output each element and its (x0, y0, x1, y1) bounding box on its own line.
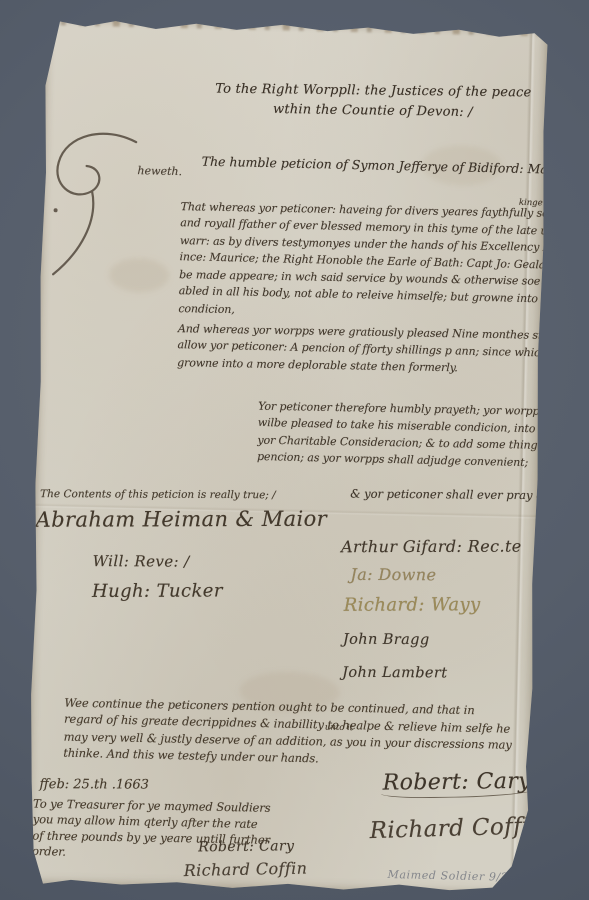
signature-richard-coffin-small: Richard Coffin (184, 858, 308, 880)
justices-order: Wee continue the peticoners pention ough… (63, 695, 513, 773)
archive-pencil-note: Maimed Soldier 9/2 (387, 868, 508, 884)
sheweth-word: heweth. (137, 164, 182, 178)
signature-john-lambert: John Lambert (342, 665, 447, 682)
closing-formula: & yor peticoner shall ever pray &c: / (350, 487, 564, 503)
petition-paragraph-2: And whereas yor worpps were gratiously p… (177, 321, 589, 383)
interlined-word-unto-it: unto it (325, 723, 354, 734)
signature-abraham-heiman: Abraham Heiman & Maior (36, 507, 328, 532)
address-line-2: wthin the Countie of Devon: / (193, 101, 553, 122)
interlined-word-kinge: kinge (519, 198, 543, 209)
signature-hugh-tucker: Hugh: Tucker (92, 580, 223, 601)
signature-robert-cary-small: Robert: Cary (198, 838, 294, 855)
calligraphic-s-flourish (43, 124, 145, 288)
date-line: ffeb: 25.th .1663 (40, 777, 149, 793)
prayer-paragraph: Yor peticoner therefore humbly prayeth; … (257, 399, 572, 474)
signature-ja-downe: Ja: Downe (350, 565, 436, 584)
signature-richard-coffin-large: Richard Coffin (369, 813, 545, 844)
attestation-heading: The Contents of this peticion is really … (40, 488, 276, 501)
paper-stain (109, 258, 170, 293)
signature-will-reve: Will: Reve: / (93, 552, 190, 571)
address-line-1: To the Right Worppll: the Justices of th… (193, 81, 553, 100)
petition-paper: To the Right Worppll: the Justices of th… (25, 16, 550, 897)
signature-richard-wayy: Richard: Wayy (344, 594, 481, 615)
signature-robert-cary-large: Robert: Cary: (381, 769, 544, 799)
manuscript-photo: To the Right Worppll: the Justices of th… (0, 0, 589, 900)
signature-john-bragg: John Bragg (343, 632, 430, 648)
signature-arthur-gifard: Arthur Gifard: Rec.te (341, 537, 522, 557)
petition-paragraph-1: That whereas yor peticoner: haveing for … (178, 199, 589, 328)
petition-title: The humble peticion of Symon Jefferye of… (202, 154, 572, 177)
